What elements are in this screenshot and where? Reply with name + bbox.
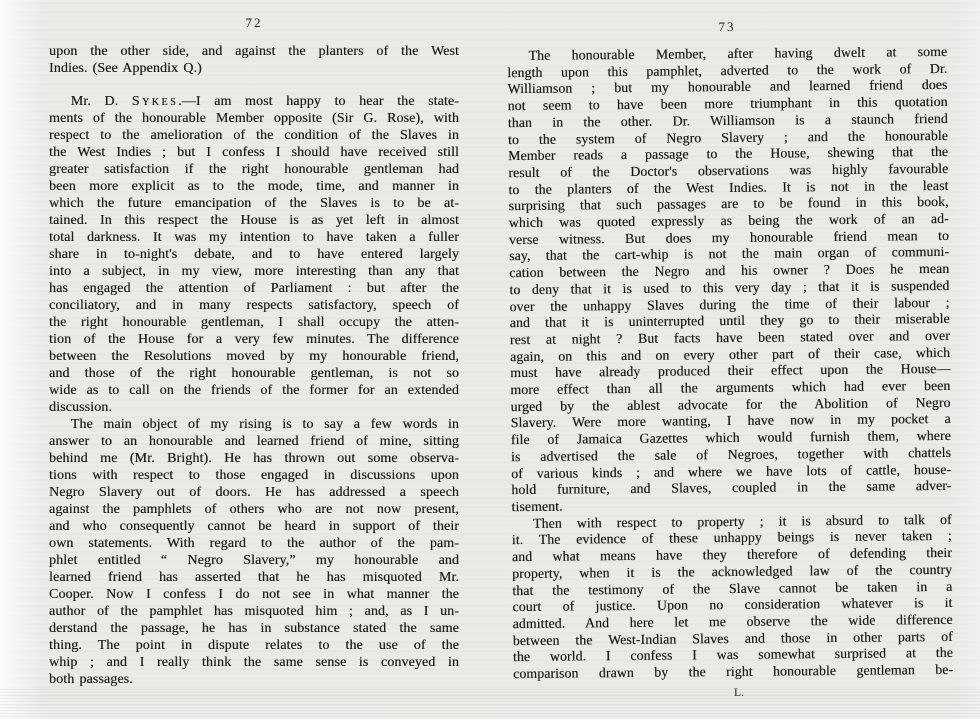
page-body-left: upon the other side, and against the pla…	[49, 43, 459, 688]
page-body-right: The honourable Member, after having dwel…	[507, 44, 953, 683]
text-line: against the pamphlets of others who are …	[49, 501, 459, 518]
page-right: 73 The honourable Member, after having d…	[507, 17, 953, 683]
scanned-book-spread: 72 upon the other side, and against the …	[0, 0, 980, 719]
text-line: behind me (Mr. Bright). He has thrown ou…	[49, 450, 459, 467]
text-line: and who consequently cannot be heard in …	[49, 518, 459, 535]
page-left: 72 upon the other side, and against the …	[49, 15, 459, 688]
text-line: into a subject, in my view, more interes…	[49, 263, 459, 280]
text-line: Negro Slavery out of doors. He has addre…	[49, 484, 459, 501]
text-line: which the future emancipation of the Sla…	[49, 195, 459, 212]
text-line: whip ; and I really think the same sense…	[49, 654, 459, 671]
text-line: phlet entitled “ Negro Slavery,” my hono…	[49, 552, 459, 569]
text-line: the West Indies ; but I confess I should…	[49, 144, 459, 161]
speaker-name: Sykes	[132, 94, 178, 109]
text-line: wide as to call on the friends of the fo…	[49, 382, 459, 399]
text-line: thing. The point in dispute relates to t…	[49, 637, 459, 654]
text-line: Cooper. Now I confess I do not see in wh…	[49, 586, 459, 603]
text-line: discussion.	[49, 399, 459, 416]
text-line: learned friend has asserted that he has …	[49, 569, 459, 586]
text-line: derstand the passage, he has in substanc…	[49, 620, 459, 637]
page-number-left: 72	[49, 15, 459, 31]
text-line: and those of the right honourable gentle…	[49, 365, 459, 382]
text-line: has engaged the attention of Parliament …	[49, 280, 459, 297]
text-line: total darkness. It was my intention to h…	[49, 229, 459, 246]
text-line: the right honourable gentleman, I shall …	[49, 314, 459, 331]
text-line: tion of the House for a very few minutes…	[49, 331, 459, 348]
text-line: been more explicit as to the mode, time,…	[49, 178, 459, 195]
page-number-right: 73	[507, 17, 947, 37]
text-line: conciliatory, and in many respects satis…	[49, 297, 459, 314]
text-line: respect to the amelioration of the condi…	[49, 127, 459, 144]
text-line: author of the pamphlet has misquoted him…	[49, 603, 459, 620]
text-line: own statements. With regard to the autho…	[49, 535, 459, 552]
text-line: Indies. (See Appendix Q.)	[49, 60, 459, 77]
text-line: tained. In this respect the House is as …	[49, 212, 459, 229]
text-line: The main object of my rising is to say a…	[49, 416, 459, 433]
text-line: share in to-night's debate, and to have …	[49, 246, 459, 263]
text-line: comparison drawn by the right honourable…	[513, 662, 953, 683]
printer-signature-mark: L.	[724, 687, 754, 699]
text-line: tions with respect to those engaged in d…	[49, 467, 459, 484]
text-line: between the Resolutions moved by my hono…	[49, 348, 459, 365]
text-line: answer to an honourable and learned frie…	[49, 433, 459, 450]
text-line: greater satisfaction if the right honour…	[49, 161, 459, 178]
text-line: both passages.	[49, 671, 459, 688]
text-line: ments of the honourable Member opposite …	[49, 110, 459, 127]
text-line: upon the other side, and against the pla…	[49, 43, 459, 60]
text-line: Mr. D. Sykes.—I am most happy to hear th…	[49, 93, 459, 110]
